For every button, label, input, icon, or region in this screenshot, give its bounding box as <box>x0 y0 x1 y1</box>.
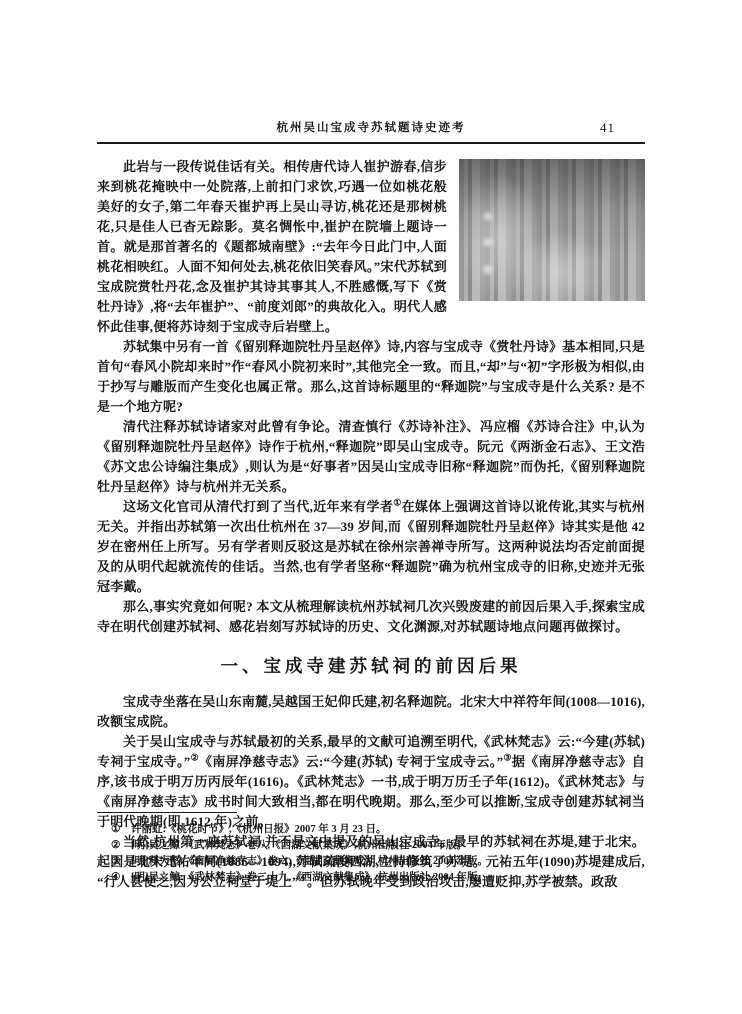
footnote-text: [明]吴之鲸:《武林梵志》卷二十九,《西湖文献集成》,杭州出版社 2004 年版… <box>131 870 645 886</box>
footnote-separator <box>97 812 237 813</box>
section-heading: 一、宝成寺建苏轼祠的前因后果 <box>97 653 645 678</box>
footnote-text: [明]吴之鲸:《武林梵志》卷八,《西湖文献集成》,杭州出版社 2004 年版。 <box>131 838 645 854</box>
footnote-row: ③ [明]释大壑:《南屏净慈寺志》卷六,《西湖文献集成》,杭州出版社 2004 … <box>97 854 645 870</box>
paragraph-liubie-poem: 苏轼集中另有一首《留别释迦院牡丹呈赵倅》诗,内容与宝成寺《赏牡丹诗》基本相同,只… <box>97 337 645 417</box>
footnote-row: ④ [明]吴之鲸:《武林梵志》卷二十九,《西湖文献集成》,杭州出版社 2004 … <box>97 870 645 886</box>
paragraph-modern-debate: 这场文化官司从清代打到了当代,近年来有学者①在媒体上强调这首诗以讹传讹,其实与杭… <box>97 497 645 597</box>
footnote-marker: ② <box>111 838 131 854</box>
paper-page: 杭州吴山宝成寺苏轼题诗史迹考 41 此岩与一段传说佳话有关。相传唐代诗人崔护游春… <box>0 0 742 1014</box>
footnote-reference: ② <box>191 753 200 763</box>
paragraph-thesis-statement: 那么,事实究竟如何呢? 本文从梳理解读杭州苏轼祠几次兴毁废建的前因后果入手,探索… <box>97 597 645 637</box>
page-header: 杭州吴山宝成寺苏轼题诗史迹考 41 <box>97 118 645 138</box>
footnote-marker: ④ <box>111 870 131 886</box>
rock-inscription-photo <box>459 159 645 301</box>
carved-characters-area <box>477 207 499 285</box>
paragraph-qing-debate: 清代注释苏轼诗诸家对此曾有争论。清查慎行《苏诗补注》、冯应榴《苏诗合注》中,认为… <box>97 417 645 497</box>
footnote-marker: ③ <box>111 854 131 870</box>
footnotes-block: ① 许丽虹:《桃花时节》,《杭州日报》2007 年 3 月 23 日。 ② [明… <box>97 812 645 886</box>
article-body: 此岩与一段传说佳话有关。相传唐代诗人崔护游春,信步来到桃花掩映中一处院落,上前扣… <box>97 157 645 892</box>
header-rule <box>97 142 645 144</box>
footnote-reference: ① <box>393 498 401 508</box>
page-number: 41 <box>600 118 615 138</box>
footnote-text: 许丽虹:《桃花时节》,《杭州日报》2007 年 3 月 23 日。 <box>131 822 645 838</box>
footnote-reference: ③ <box>503 753 512 763</box>
footnote-marker: ① <box>111 822 131 838</box>
footnote-row: ① 许丽虹:《桃花时节》,《杭州日报》2007 年 3 月 23 日。 <box>97 822 645 838</box>
footnote-text: [明]释大壑:《南屏净慈寺志》卷六,《西湖文献集成》,杭州出版社 2004 年版… <box>131 854 645 870</box>
paragraph-baochengsi-origin: 宝成寺坐落在吴山东南麓,吴越国王妃仰氏建,初名释迦院。北宋大中祥符年间(1008… <box>97 692 645 732</box>
running-head-title: 杭州吴山宝成寺苏轼题诗史迹考 <box>97 118 645 138</box>
footnote-row: ② [明]吴之鲸:《武林梵志》卷八,《西湖文献集成》,杭州出版社 2004 年版… <box>97 838 645 854</box>
